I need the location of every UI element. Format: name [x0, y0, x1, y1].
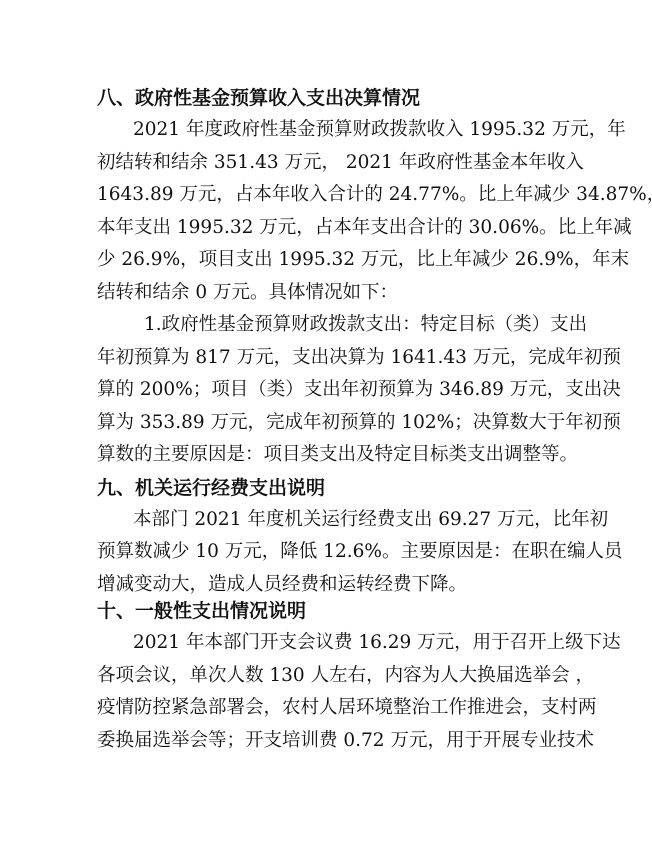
text-line: 本年支出 1995.32 万元，占本年支出合计的 30.06%。比上年减 — [97, 212, 557, 245]
text-line: 1.政府性基金预算财政拨款支出：特定目标（类）支出 — [97, 309, 557, 342]
text-line: 2021 年本部门开支会议费 16.29 万元，用于召开上级下达 — [97, 627, 557, 660]
section-8-subitem-1: 1.政府性基金预算财政拨款支出：特定目标（类）支出 年初预算为 817 万元，支… — [97, 309, 557, 472]
text-line: 初结转和结余 351.43 万元， 2021 年政府性基金本年收入 — [97, 147, 557, 180]
text-line: 各项会议，单次人数 130 人左右，内容为人大换届选举会 ， — [97, 660, 557, 693]
text-line: 算为 353.89 万元，完成年初预算的 102%；决算数大于年初预 — [97, 407, 557, 440]
section-8-paragraph: 2021 年度政府性基金预算财政拨款收入 1995.32 万元，年 初结转和结余… — [97, 114, 557, 309]
text-line: 结转和结余 0 万元。具体情况如下： — [97, 277, 557, 310]
text-line: 2021 年度政府性基金预算财政拨款收入 1995.32 万元，年 — [97, 114, 557, 147]
text-line: 本部门 2021 年度机关运行经费支出 69.27 万元，比年初 — [97, 504, 557, 537]
section-10-paragraph: 2021 年本部门开支会议费 16.29 万元，用于召开上级下达 各项会议，单次… — [97, 627, 557, 757]
section-9-paragraph: 本部门 2021 年度机关运行经费支出 69.27 万元，比年初 预算数减少 1… — [97, 504, 557, 602]
text-line: 1643.89 万元，占本年收入合计的 24.77%。比上年减少 34.87%， — [97, 179, 557, 212]
text-line: 委换届选举会等；开支培训费 0.72 万元，用于开展专业技术 — [97, 725, 557, 758]
text-line: 少 26.9%，项目支出 1995.32 万元，比上年减少 26.9%，年末 — [97, 244, 557, 277]
section-heading-8: 八、政府性基金预算收入支出决算情况 — [97, 82, 557, 114]
section-heading-9: 九、机关运行经费支出说明 — [97, 472, 557, 504]
text-line: 年初预算为 817 万元，支出决算为 1641.43 万元，完成年初预 — [97, 342, 557, 375]
text-line: 算的 200%；项目（类）支出年初预算为 346.89 万元，支出决 — [97, 374, 557, 407]
text-line: 疫情防控紧急部署会，农村人居环境整治工作推进会，支村两 — [97, 692, 557, 725]
document-page: 八、政府性基金预算收入支出决算情况 2021 年度政府性基金预算财政拨款收入 1… — [97, 82, 557, 757]
text-line: 算数的主要原因是：项目类支出及特定目标类支出调整等。 — [97, 439, 557, 472]
text-line: 预算数减少 10 万元，降低 12.6%。主要原因是：在职在编人员 — [97, 536, 557, 569]
